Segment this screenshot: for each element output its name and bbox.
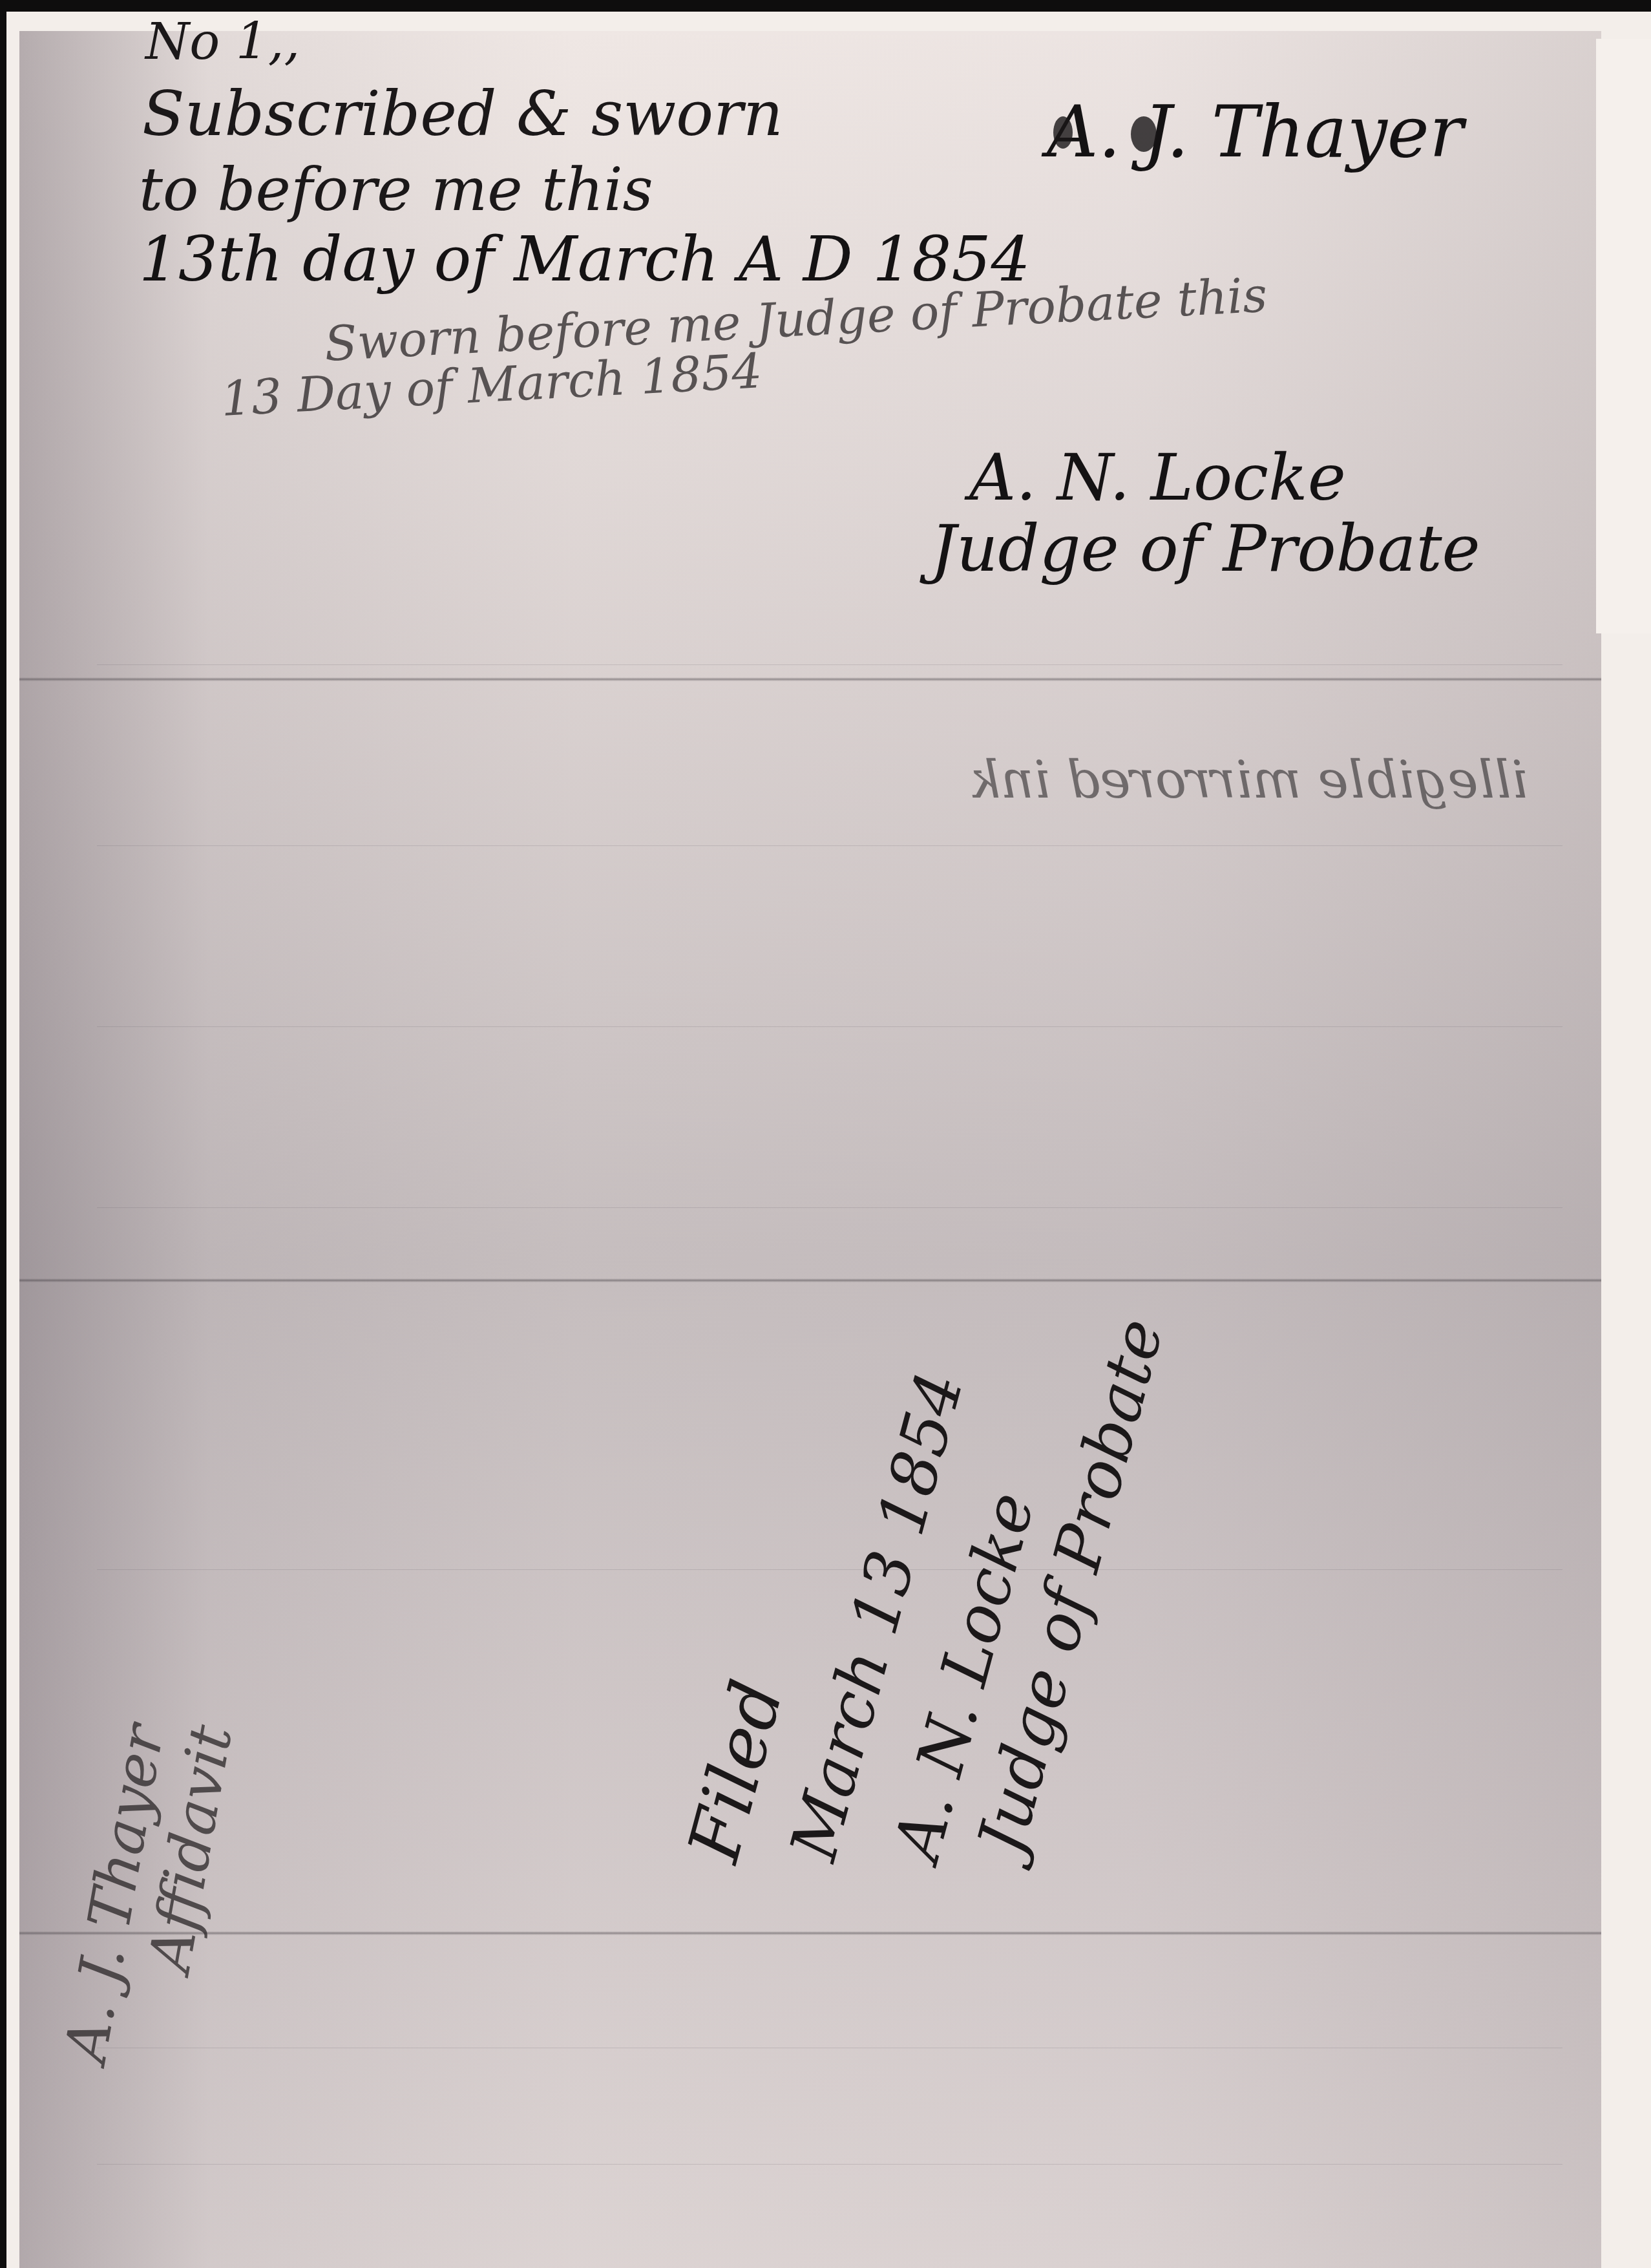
affiant-signature: A. J. Thayer: [1047, 90, 1463, 173]
ink-blot: [1053, 116, 1073, 149]
fold-crease: [19, 1931, 1601, 1935]
judge-signature: A. N. Locke: [969, 440, 1346, 515]
fold-crease: [19, 677, 1601, 681]
ruled-line: [97, 1207, 1562, 1208]
fold-crease: [19, 1278, 1601, 1282]
ruled-line: [97, 1026, 1562, 1027]
ruled-line: [97, 664, 1562, 665]
oath-line-1: Subscribed & sworn: [142, 78, 783, 150]
judge-title: Judge of Probate: [931, 511, 1480, 586]
ruled-line: [97, 2164, 1562, 2165]
ruled-line: [97, 2048, 1562, 2048]
ink-blot: [1131, 116, 1157, 152]
page-edge-margin: [1596, 39, 1651, 633]
document-page: [19, 31, 1601, 2268]
ruled-line: [97, 1569, 1562, 1570]
ruled-line: [97, 845, 1562, 846]
oath-line-2: to before me this: [139, 155, 653, 224]
document-number: No 1,,: [145, 13, 300, 71]
bleed-through-ink: illegible mirrored ink: [969, 750, 1528, 810]
oath-line-3: 13th day of March A D 1854: [139, 223, 1031, 295]
